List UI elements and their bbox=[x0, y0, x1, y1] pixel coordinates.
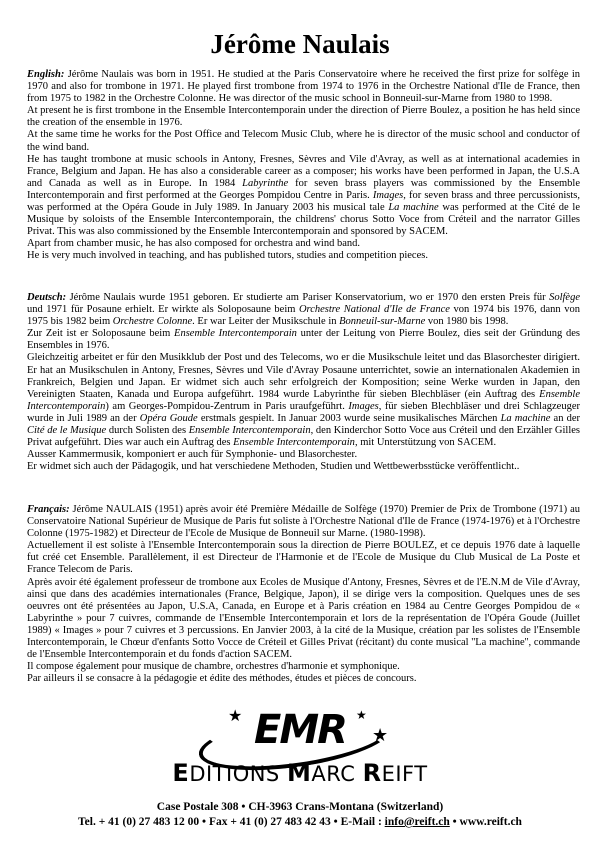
italic-term: Ensemble Intercontemporain bbox=[174, 328, 297, 339]
deutsch-text: Zur Zeit ist er Soloposaune beim bbox=[27, 328, 174, 339]
logo-word: EIFT bbox=[382, 762, 428, 786]
website-text: • www.reift.ch bbox=[450, 816, 522, 828]
contact-text: Tel. + 41 (0) 27 483 12 00 • Fax + 41 (0… bbox=[78, 816, 385, 828]
english-section: English: Jérôme Naulais was born in 1951… bbox=[27, 69, 580, 263]
email-link[interactable]: info@reift.ch bbox=[385, 816, 450, 828]
italic-term: Ensemble Intercontemporain bbox=[233, 437, 355, 448]
logo-letter: R bbox=[363, 759, 382, 787]
deutsch-text: an der bbox=[550, 413, 580, 424]
english-paragraph: At the same time he works for the Post O… bbox=[27, 129, 580, 153]
italic-term: Images bbox=[348, 401, 378, 412]
english-paragraph: At present he is first trombone in the E… bbox=[27, 105, 580, 129]
deutsch-paragraph: Ausser Kammermusik, komponiert er auch f… bbox=[27, 449, 580, 461]
footer-address: Case Postale 308 • CH-3963 Crans-Montana… bbox=[0, 800, 600, 814]
logo-word: ARC bbox=[311, 762, 362, 786]
emr-logo: ★ ★ ★ EMR EDITIONS MARC REIFT bbox=[0, 705, 600, 775]
english-text: Jérôme Naulais was born in 1951. He stud… bbox=[27, 69, 580, 104]
francais-paragraph: Après avoir été également professeur de … bbox=[27, 577, 580, 662]
italic-term: Cité de le Musique bbox=[27, 425, 106, 436]
deutsch-text: Gleichzeitig arbeitet er für den Musikkl… bbox=[27, 352, 580, 399]
deutsch-text: und 1971 für Posaune erhielt. Er wirkte … bbox=[27, 304, 299, 315]
italic-term: Orchestre Colonne bbox=[113, 316, 192, 327]
deutsch-paragraph: Gleichzeitig arbeitet er für den Musikkl… bbox=[27, 352, 580, 449]
deutsch-text: erstmals gespielt. In Januar 2003 wurde … bbox=[198, 413, 501, 424]
francais-section: Français: Jérôme NAULAIS (1951) après av… bbox=[27, 504, 580, 685]
footer-contact: Tel. + 41 (0) 27 483 12 00 • Fax + 41 (0… bbox=[0, 815, 600, 829]
deutsch-text: durch Solisten des bbox=[106, 425, 189, 436]
work-title: La machine bbox=[388, 202, 438, 213]
page-title: Jérôme Naulais bbox=[0, 28, 600, 60]
deutsch-paragraph: Deutsch: Jérôme Naulais wurde 1951 gebor… bbox=[27, 292, 580, 328]
francais-text: Jérôme NAULAIS (1951) après avoir été Pr… bbox=[27, 504, 580, 539]
francais-paragraph: Par ailleurs il se consacre à la pédagog… bbox=[27, 673, 580, 685]
deutsch-section: Deutsch: Jérôme Naulais wurde 1951 gebor… bbox=[27, 292, 580, 473]
italic-term: Opéra Goude bbox=[140, 413, 198, 424]
english-paragraph: Apart from chamber music, he has also co… bbox=[27, 238, 580, 250]
deutsch-paragraph: Er widmet sich auch der Pädagogik, und h… bbox=[27, 461, 580, 473]
english-paragraph: He is very much involved in teaching, an… bbox=[27, 250, 580, 262]
italic-term: Solfège bbox=[549, 292, 580, 303]
francais-paragraph: Français: Jérôme NAULAIS (1951) après av… bbox=[27, 504, 580, 540]
italic-term: Ensemble Intercontemporain bbox=[189, 425, 311, 436]
logo-letter: E bbox=[172, 759, 189, 787]
italic-term: Bonneuil-sur-Marne bbox=[339, 316, 425, 327]
work-title: Images bbox=[373, 190, 403, 201]
deutsch-text: . Er war Leiter der Musikschule in bbox=[192, 316, 339, 327]
english-label: English: bbox=[27, 69, 64, 80]
english-paragraph: English: Jérôme Naulais was born in 1951… bbox=[27, 69, 580, 105]
deutsch-label: Deutsch: bbox=[27, 292, 66, 303]
deutsch-text: von 1980 bis 1998. bbox=[425, 316, 508, 327]
italic-term: Orchestre National d'Ile de France bbox=[299, 304, 450, 315]
deutsch-text: Jérôme Naulais wurde 1951 geboren. Er st… bbox=[66, 292, 549, 303]
english-paragraph: He has taught trombone at music schools … bbox=[27, 154, 580, 239]
work-title: Labyrinthe bbox=[242, 178, 288, 189]
deutsch-text: , mit Unterstützung von SACEM. bbox=[355, 437, 496, 448]
francais-label: Français: bbox=[27, 504, 70, 515]
logo-letter: M bbox=[287, 759, 311, 787]
deutsch-paragraph: Zur Zeit ist er Soloposaune beim Ensembl… bbox=[27, 328, 580, 352]
deutsch-text: ) am Georges-Pompidou-Zentrum in Paris u… bbox=[105, 401, 348, 412]
logo-word: DITIONS bbox=[189, 762, 287, 786]
francais-paragraph: Il compose également pour musique de cha… bbox=[27, 661, 580, 673]
italic-term: La machine bbox=[501, 413, 551, 424]
logo-emr-text: EMR bbox=[0, 707, 600, 753]
logo-publisher-name: EDITIONS MARC REIFT bbox=[0, 761, 600, 786]
francais-paragraph: Actuellement il est soliste à l'Ensemble… bbox=[27, 540, 580, 576]
